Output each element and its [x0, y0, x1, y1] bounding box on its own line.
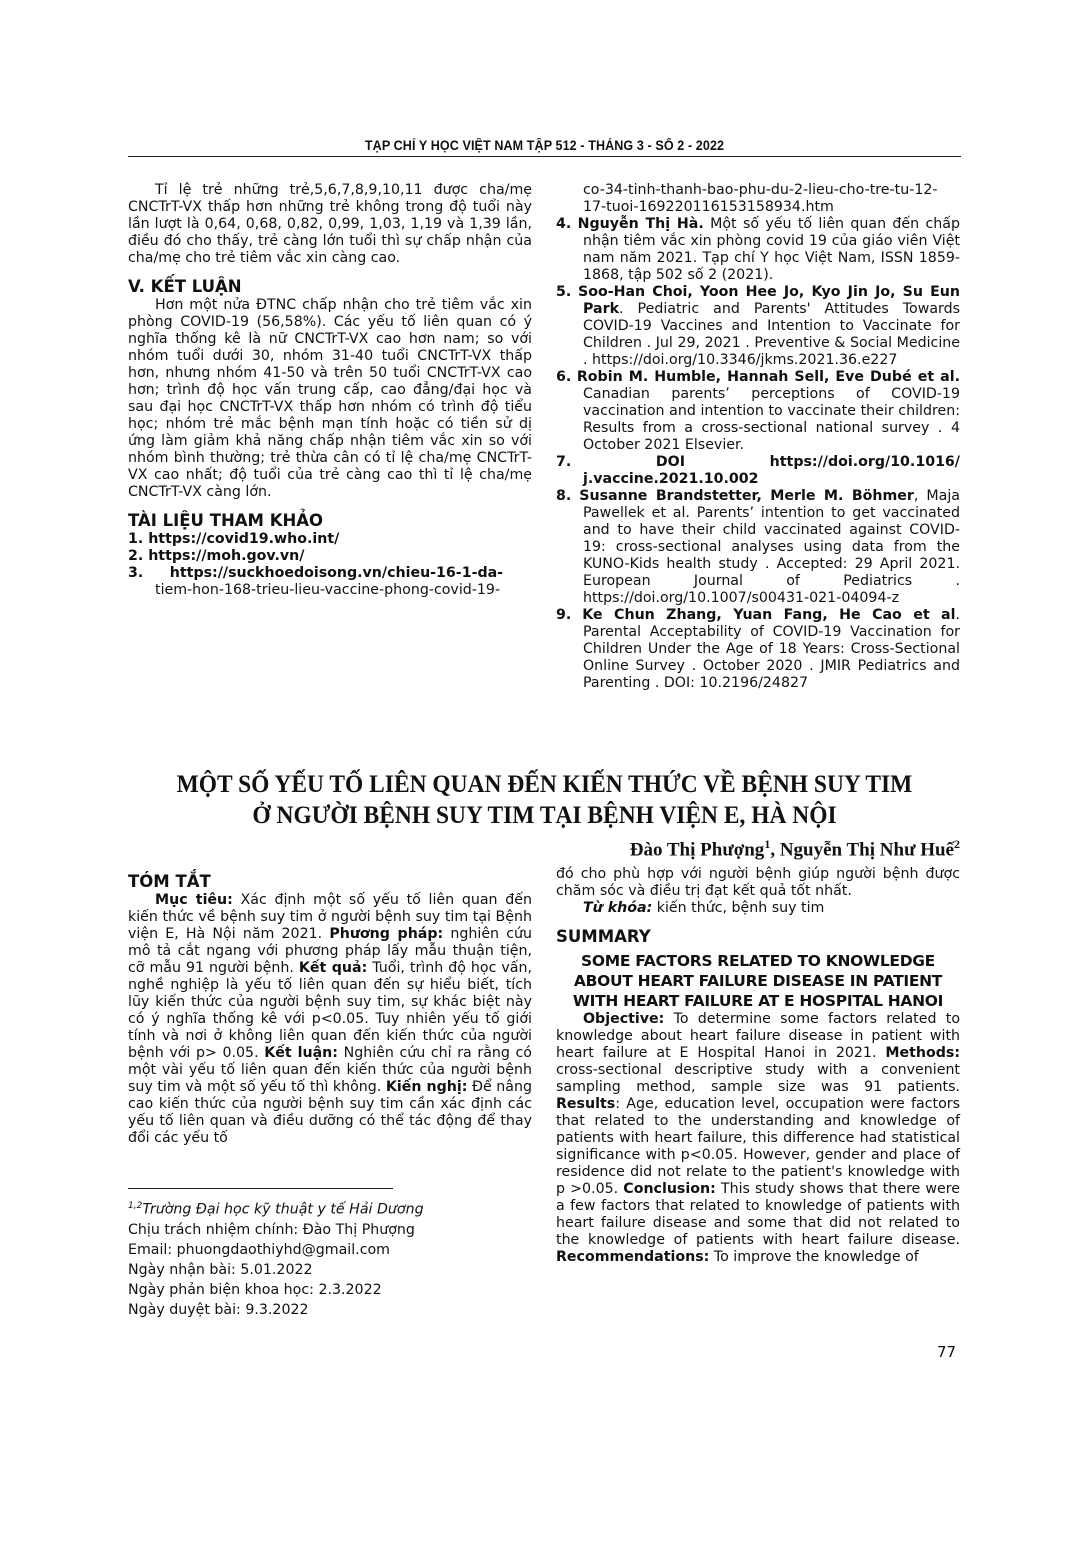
reference-2[interactable]: 2. https://moh.gov.vn/	[128, 548, 532, 565]
en-recommend-label: Recommendations:	[556, 1249, 709, 1265]
abstract-en-column: đó cho phù hợp với người bệnh giúp người…	[556, 866, 960, 1266]
abstract-vi-column: TÓM TẮT Mục tiêu: Xác định một số yếu tố…	[128, 872, 532, 1147]
reference-4-number: 4.	[556, 216, 571, 232]
reference-5-text: . Pediatric and Parents' Attitudes Towar…	[583, 301, 960, 368]
prev-article-right-column: co-34-tinh-thanh-bao-phu-du-2-lieu-cho-t…	[556, 182, 960, 692]
footnotes: 1,2Trường Đại học kỹ thuật y tế Hải Dươn…	[128, 1196, 424, 1320]
reference-6: 6. Robin M. Humble, Hannah Sell, Eve Dub…	[556, 369, 960, 454]
article-title: MỘT SỐ YẾU TỐ LIÊN QUAN ĐẾN KIẾN THỨC VỀ…	[161, 768, 927, 830]
reference-8: 8. Susanne Brandstetter, Merle M. Böhmer…	[556, 488, 960, 607]
reference-7-number: 7.	[556, 454, 571, 470]
email[interactable]: Email: phuongdaothiyhd@gmail.com	[128, 1240, 424, 1260]
reference-4-authors: Nguyễn Thị Hà.	[578, 216, 704, 232]
affiliation: 1,2Trường Đại học kỹ thuật y tế Hải Dươn…	[128, 1196, 424, 1220]
reference-6-text: Canadian parents’ perceptions of COVID-1…	[583, 386, 960, 453]
references-heading: TÀI LIỆU THAM KHẢO	[128, 511, 532, 531]
abstract-vi-continued: đó cho phù hợp với người bệnh giúp người…	[556, 866, 960, 900]
reference-5-number: 5.	[556, 284, 571, 300]
reference-3-number: 3.	[128, 565, 143, 581]
footnote-rule	[128, 1188, 393, 1189]
keywords: Từ khóa: kiến thức, bệnh suy tim	[556, 900, 960, 917]
reference-1[interactable]: 1. https://covid19.who.int/	[128, 531, 532, 548]
reference-8-number: 8.	[556, 488, 571, 504]
reference-7-doi[interactable]: DOI https://doi.org/10.1016/ j.vaccine.2…	[583, 454, 960, 487]
summary-heading: SUMMARY	[556, 927, 960, 947]
reference-9-number: 9.	[556, 607, 571, 623]
author-separator: ,	[770, 839, 780, 860]
objective-label: Mục tiêu:	[155, 892, 233, 908]
abstract-vi-body: Mục tiêu: Xác định một số yếu tố liên qu…	[128, 892, 532, 1147]
page-number: 77	[937, 1343, 956, 1361]
en-methods-label: Methods:	[885, 1045, 960, 1061]
reference-4: 4. Nguyễn Thị Hà. Một số yếu tố liên qua…	[556, 216, 960, 284]
reviewed-date: Ngày phản biện khoa học: 2.3.2022	[128, 1280, 424, 1300]
conclusion-label: Kết luận:	[264, 1045, 338, 1061]
en-methods-text: cross-sectional descriptive study with a…	[556, 1062, 960, 1095]
reference-6-authors: Robin M. Humble, Hannah Sell, Eve Dubé e…	[577, 369, 960, 385]
running-header: TẠP CHÍ Y HỌC VIỆT NAM TẬP 512 - THÁNG 3…	[157, 138, 932, 153]
article-title-line-2: Ở NGƯỜI BỆNH SUY TIM TẠI BỆNH VIỆN E, HÀ…	[161, 799, 927, 830]
abstract-vi-heading: TÓM TẮT	[128, 872, 532, 892]
affiliation-sup: 1,2	[128, 1201, 142, 1211]
methods-label: Phương pháp:	[329, 926, 443, 942]
affiliation-text: Trường Đại học kỹ thuật y tế Hải Dương	[142, 1202, 423, 1218]
summary-body: Objective: To determine some factors rel…	[556, 1011, 960, 1266]
reference-3[interactable]: 3. https://suckhoedoisong.vn/chieu-16-1-…	[128, 565, 532, 599]
reference-3-url[interactable]: https://suckhoedoisong.vn/chieu-16-1-da-	[170, 565, 503, 581]
reference-8-authors: Susanne Brandstetter, Merle M. Böhmer	[579, 488, 914, 504]
conclusion-paragraph: Hơn một nửa ĐTNC chấp nhận cho trẻ tiêm …	[128, 297, 532, 501]
reference-5: 5. Soo-Han Choi, Yoon Hee Jo, Kyo Jin Jo…	[556, 284, 960, 369]
results-label: Kết quả:	[299, 960, 367, 976]
accepted-date: Ngày duyệt bài: 9.3.2022	[128, 1300, 424, 1320]
en-recommend-text: To improve the knowledge of	[709, 1249, 918, 1265]
reference-6-number: 6.	[556, 369, 571, 385]
en-conclusion-label: Conclusion:	[623, 1181, 715, 1197]
prev-article-left-column: Tỉ lệ trẻ những trẻ,5,6,7,8,9,10,11 được…	[128, 182, 532, 599]
article-title-line-1: MỘT SỐ YẾU TỐ LIÊN QUAN ĐẾN KIẾN THỨC VỀ…	[161, 768, 927, 799]
reference-9-authors: Ke Chun Zhang, Yuan Fang, He Cao et al	[582, 607, 955, 623]
header-rule	[128, 156, 961, 157]
reference-7[interactable]: 7. DOI https://doi.org/10.1016/ j.vaccin…	[556, 454, 960, 488]
article-authors: Đào Thị Phượng1, Nguyễn Thị Như Huế2	[630, 837, 960, 861]
en-objective-label: Objective:	[583, 1011, 664, 1027]
results-paragraph: Tỉ lệ trẻ những trẻ,5,6,7,8,9,10,11 được…	[128, 182, 532, 267]
conclusion-heading: V. KẾT LUẬN	[128, 277, 532, 297]
reference-3-url-cont[interactable]: tiem-hon-168-trieu-lieu-vaccine-phong-co…	[128, 582, 500, 598]
keywords-text: kiến thức, bệnh suy tim	[652, 900, 824, 916]
keywords-label: Từ khóa:	[583, 900, 652, 916]
summary-title: SOME FACTORS RELATED TO KNOWLEDGE ABOUT …	[556, 951, 960, 1011]
reference-8-text: , Maja Pawellek et al. Parents’ intentio…	[583, 488, 960, 606]
recommend-label: Kiến nghị:	[386, 1079, 468, 1095]
reference-3-url-end[interactable]: co-34-tinh-thanh-bao-phu-du-2-lieu-cho-t…	[556, 182, 960, 216]
reference-9: 9. Ke Chun Zhang, Yuan Fang, He Cao et a…	[556, 607, 960, 692]
en-results-label: Results	[556, 1096, 615, 1112]
author-2-affiliation: 2	[954, 837, 960, 851]
corresponding-author: Chịu trách nhiệm chính: Đào Thị Phượng	[128, 1220, 424, 1240]
received-date: Ngày nhận bài: 5.01.2022	[128, 1260, 424, 1280]
author-1: Đào Thị Phượng	[630, 839, 765, 860]
author-2: Nguyễn Thị Như Huế	[780, 839, 954, 860]
